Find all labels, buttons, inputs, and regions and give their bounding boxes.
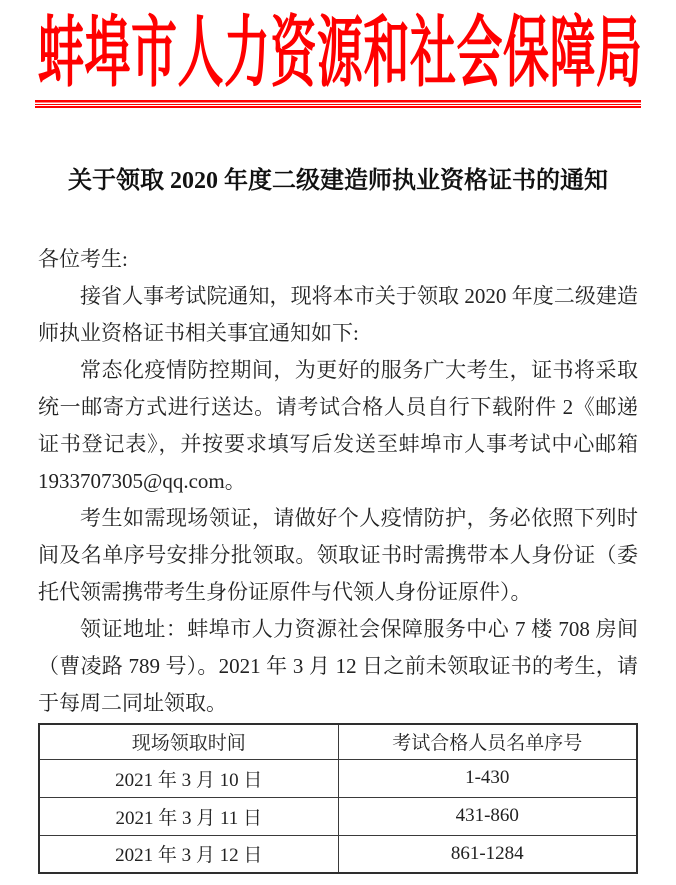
notice-page: 蚌埠市人力资源和社会保障局 关于领取 2020 年度二级建造师执业资格证书的通知… xyxy=(0,0,676,885)
notice-body: 各位考生: 接省人事考试院通知，现将本市关于领取 2020 年度二级建造师执业资… xyxy=(38,241,638,722)
table-header: 现场领取时间 考试合格人员名单序号 xyxy=(39,724,637,759)
table-row: 2021 年 3 月 11 日 431-860 xyxy=(39,797,637,835)
column-header-serial-range: 考试合格人员名单序号 xyxy=(338,724,637,759)
paragraph-mailing: 常态化疫情防控期间，为更好的服务广大考生，证书将采取统一邮寄方式进行送达。请考试… xyxy=(38,352,638,500)
cell-serial-range: 861-1284 xyxy=(338,835,637,873)
table-header-row: 现场领取时间 考试合格人员名单序号 xyxy=(39,724,637,759)
cell-serial-range: 431-860 xyxy=(338,797,637,835)
column-header-pickup-time: 现场领取时间 xyxy=(39,724,338,759)
masthead: 蚌埠市人力资源和社会保障局 xyxy=(38,0,638,108)
notice-title: 关于领取 2020 年度二级建造师执业资格证书的通知 xyxy=(38,165,638,197)
cell-pickup-date: 2021 年 3 月 12 日 xyxy=(39,835,338,873)
table-row: 2021 年 3 月 10 日 1-430 xyxy=(39,759,637,797)
salutation: 各位考生: xyxy=(38,241,638,278)
cell-serial-range: 1-430 xyxy=(338,759,637,797)
paragraph-address: 领证地址：蚌埠市人力资源社会保障服务中心 7 楼 708 房间（曹凌路 789 … xyxy=(38,611,638,722)
table-row: 2021 年 3 月 12 日 861-1284 xyxy=(39,835,637,873)
paragraph-onsite-pickup: 考生如需现场领证，请做好个人疫情防护，务必依照下列时间及名单序号安排分批领取。领… xyxy=(38,500,638,611)
cell-pickup-date: 2021 年 3 月 11 日 xyxy=(39,797,338,835)
paragraph-intro: 接省人事考试院通知，现将本市关于领取 2020 年度二级建造师执业资格证书相关事… xyxy=(38,278,638,352)
table-body: 2021 年 3 月 10 日 1-430 2021 年 3 月 11 日 43… xyxy=(39,759,637,873)
masthead-org-name: 蚌埠市人力资源和社会保障局 xyxy=(38,10,638,161)
pickup-schedule-table: 现场领取时间 考试合格人员名单序号 2021 年 3 月 10 日 1-430 … xyxy=(38,723,638,874)
cell-pickup-date: 2021 年 3 月 10 日 xyxy=(39,759,338,797)
